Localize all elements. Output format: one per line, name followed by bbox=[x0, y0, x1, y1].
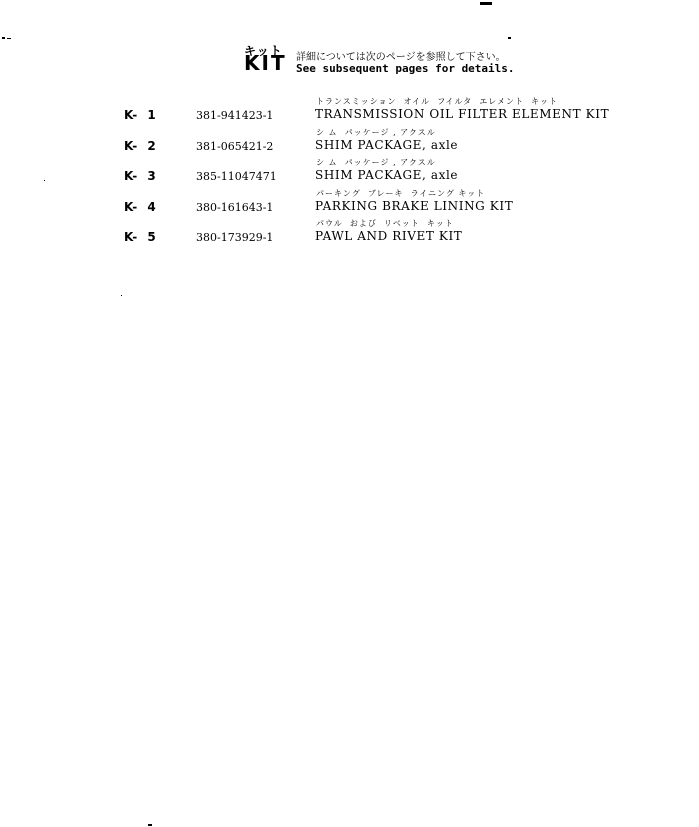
kit-key: K- 5 bbox=[124, 230, 156, 244]
kit-key: K- 2 bbox=[124, 139, 156, 153]
part-number: 380-173929-1 bbox=[196, 231, 273, 244]
kit-name-en: SHIM PACKAGE, axle bbox=[315, 138, 458, 152]
kit-name-en: PAWL AND RIVET KIT bbox=[315, 229, 462, 243]
scan-mark bbox=[7, 38, 11, 39]
kit-name-jp: シ ム パッケージ , アクスル bbox=[316, 157, 436, 168]
kit-name-jp: パウル および リベット キット bbox=[316, 218, 454, 229]
kit-row: K- 1 381-941423-1 トランスミッション オイル フイルタ エレメ… bbox=[0, 92, 699, 122]
part-number: 385-11047471 bbox=[196, 170, 277, 183]
kit-key: K- 4 bbox=[124, 200, 156, 214]
kit-row: K- 3 385-11047471 シ ム パッケージ , アクスル SHIM … bbox=[0, 153, 699, 183]
details-note-jp: 詳細については次のページを参照して下さい。 bbox=[296, 48, 506, 63]
kit-name-en: SHIM PACKAGE, axle bbox=[315, 168, 458, 182]
scan-mark bbox=[2, 37, 5, 39]
kit-name-jp: パーキング ブレーキ ライニング キット bbox=[316, 188, 485, 199]
kit-row: K- 5 380-173929-1 パウル および リベット キット PAWL … bbox=[0, 214, 699, 244]
kit-name-jp: トランスミッション オイル フイルタ エレメント キット bbox=[316, 96, 558, 107]
part-number: 381-941423-1 bbox=[196, 109, 273, 122]
kit-name-en: TRANSMISSION OIL FILTER ELEMENT KIT bbox=[315, 107, 609, 121]
scan-mark bbox=[508, 37, 511, 39]
details-note-en: See subsequent pages for details. bbox=[296, 62, 515, 75]
kit-row: K- 2 381-065421-2 シ ム パッケージ , アクスル SHIM … bbox=[0, 123, 699, 153]
kit-name-en: PARKING BRAKE LINING KIT bbox=[315, 199, 513, 213]
scan-mark bbox=[121, 295, 122, 296]
kit-name-jp: シ ム パッケージ , アクスル bbox=[316, 127, 436, 138]
part-number: 381-065421-2 bbox=[196, 140, 273, 153]
scan-mark bbox=[148, 824, 152, 826]
kit-row: K- 4 380-161643-1 パーキング ブレーキ ライニング キット P… bbox=[0, 184, 699, 214]
part-number: 380-161643-1 bbox=[196, 201, 273, 214]
kit-key: K- 3 bbox=[124, 169, 156, 183]
kit-title-en: KIT bbox=[244, 52, 287, 74]
scan-mark bbox=[480, 2, 492, 5]
kit-key: K- 1 bbox=[124, 108, 156, 122]
